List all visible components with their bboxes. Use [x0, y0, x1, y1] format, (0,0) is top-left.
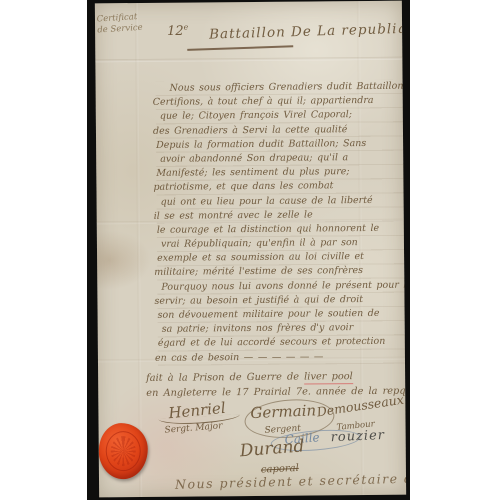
body-text: Nous sous officiers Grenadiers dudit Bat…	[156, 80, 405, 366]
fold-line-horizontal	[95, 57, 402, 63]
body-line: en cas de besoin — — — — — —	[155, 349, 402, 365]
document-paper: Certificat de Service 12e Battaillon De …	[95, 1, 406, 498]
body-line: des Grenadiers à Servi la cette qualité	[153, 122, 400, 138]
closing-place-prefix: fait à la Prison de Guerre de	[146, 372, 304, 384]
battalion-number: 12	[167, 24, 184, 39]
body-line: avoir abandonné Son drapeau; qu'il a	[160, 151, 406, 167]
signature-germain: Germain	[250, 401, 316, 422]
dark-signature-rouzier: rouzier	[330, 428, 385, 445]
header-number: 12e	[167, 23, 188, 40]
closing-place-underlined: liver pool	[304, 371, 353, 384]
fold-line-vertical	[135, 3, 142, 497]
body-line: servir; au besoin et justifié à qui de d…	[154, 292, 401, 308]
signature-durand: Durand	[239, 436, 305, 461]
margin-note: Certificat de Service	[96, 12, 143, 37]
photo-canvas: Certificat de Service 12e Battaillon De …	[0, 0, 500, 500]
photo-mat: Certificat de Service 12e Battaillon De …	[87, 0, 410, 500]
body-line: il se est montré avec le zelle le	[154, 207, 401, 223]
header-title: Battaillon De La republique	[209, 20, 406, 42]
battalion-number-suffix: e	[184, 23, 189, 32]
wax-seal-emblem	[111, 436, 136, 466]
footer-line: Nous président et secrétaire du	[175, 470, 406, 491]
title-underline	[187, 45, 293, 51]
body-line: sa patrie; invitons nos frères d'y avoir	[162, 321, 407, 337]
body-line: vrai Républiquain; qu'enfin il à par son	[161, 236, 406, 252]
